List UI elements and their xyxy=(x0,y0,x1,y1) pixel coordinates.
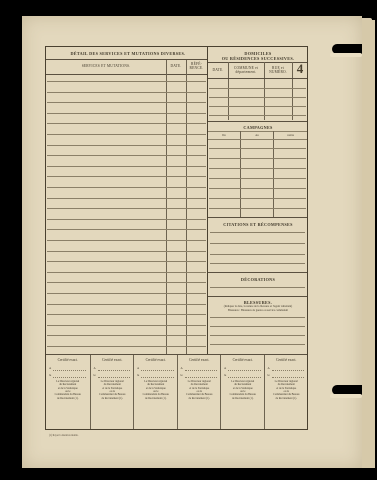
blessures-note-1: (Indiquer la date, la nature de la bless… xyxy=(208,305,308,308)
certificate-fill-line xyxy=(185,377,218,378)
ruled-line xyxy=(209,158,306,159)
ruled-line xyxy=(209,178,306,179)
ruled-line xyxy=(47,155,206,156)
ruled-line xyxy=(47,219,206,220)
ruled-line xyxy=(209,198,306,199)
ruled-line xyxy=(209,208,306,209)
certificate-le-label: le xyxy=(49,373,51,377)
ruled-line xyxy=(47,346,206,347)
certificate-signature-line: de Recrutement (1). xyxy=(91,397,135,400)
ruled-line xyxy=(47,166,206,167)
ruled-line xyxy=(47,240,206,241)
certificate-le-label: le xyxy=(181,373,183,377)
certificate-signature-line: de Recrutement (1). xyxy=(178,397,222,400)
certificate-box: Certifié exact.AleLe Directeur régionald… xyxy=(177,355,221,429)
divider xyxy=(208,296,307,297)
line xyxy=(210,232,305,233)
certificate-fill-line xyxy=(53,370,86,371)
certificate-a-label: A xyxy=(49,366,51,370)
ruled-line xyxy=(47,272,206,273)
certificate-box: Certifié exact.AleLe Directeur régionald… xyxy=(46,355,90,429)
services-title: DÉTAIL DES SERVICES ET MUTATIONS DIVERSE… xyxy=(48,51,208,56)
ruled-line xyxy=(47,282,206,283)
binding-lip-bottom xyxy=(330,394,362,398)
ruled-line xyxy=(47,102,206,103)
col-services: SERVICES ET MUTATIONS. xyxy=(48,64,164,68)
certificate-fill-line xyxy=(228,377,261,378)
certificate-signature-line: de Recrutement (1). xyxy=(265,397,309,400)
ruled-line xyxy=(209,188,306,189)
certificate-le-label: le xyxy=(137,373,139,377)
certificate-box: Certifié exact.AleLe Directeur régionald… xyxy=(133,355,177,429)
campagnes-title: CAMPAGNES xyxy=(208,125,308,130)
certificate-title: Certifié exact. xyxy=(134,358,178,362)
certificate-box: Certifié exact.AleLe Directeur régionald… xyxy=(220,355,264,429)
certificate-a-label: A xyxy=(224,366,226,370)
certificate-a-label: A xyxy=(137,366,139,370)
citations-title: CITATIONS ET RÉCOMPENSES xyxy=(208,222,308,227)
ruled-line xyxy=(47,134,206,135)
line xyxy=(210,326,305,327)
ruled-line xyxy=(47,261,206,262)
ruled-line xyxy=(47,335,206,336)
certificate-a-label: A xyxy=(181,366,183,370)
certificate-title: Certifié exact. xyxy=(221,358,265,362)
certificate-box: Certifié exact.AleLe Directeur régionald… xyxy=(90,355,134,429)
footer-imprint: (1) Rayer la mention inutile. xyxy=(49,434,78,437)
certificate-title: Certifié exact. xyxy=(91,358,135,362)
col-divider xyxy=(228,62,229,120)
ruled-line xyxy=(209,148,306,149)
ruled-line xyxy=(47,304,206,305)
divider xyxy=(208,78,307,79)
certificate-fill-line xyxy=(185,370,218,371)
ruled-line xyxy=(209,168,306,169)
certificate-le-label: le xyxy=(94,373,96,377)
line xyxy=(210,263,305,264)
col-divider xyxy=(292,62,293,120)
col-divider xyxy=(240,131,241,217)
line xyxy=(210,243,305,244)
ruled-line xyxy=(47,325,206,326)
col-rue: RUE et NUMÉRO. xyxy=(265,66,291,74)
certificate-fill-line xyxy=(98,377,131,378)
line xyxy=(210,317,305,318)
divider xyxy=(208,217,307,218)
ruled-line xyxy=(47,123,206,124)
ruled-line xyxy=(47,92,206,93)
certificate-signature-line: de Recrutement (1). xyxy=(221,397,265,400)
line xyxy=(210,335,305,336)
certificate-fill-line xyxy=(272,370,305,371)
col-au: Au xyxy=(241,134,273,137)
ruled-line xyxy=(47,145,206,146)
certificate-title: Certifié exact. xyxy=(265,358,309,362)
certificate-fill-line xyxy=(272,377,305,378)
ruled-line xyxy=(47,229,206,230)
divider xyxy=(46,74,207,75)
col-reference: RÉFÉ-RENCE. xyxy=(187,62,206,70)
certificate-fill-line xyxy=(228,370,261,371)
binding-lip-top xyxy=(330,53,362,57)
ruled-line xyxy=(47,81,206,82)
blessures-note-2: Blessures : Blessures de guerre ou servi… xyxy=(208,309,308,312)
certificate-title: Certifié exact. xyxy=(178,358,222,362)
ruled-line xyxy=(47,208,206,209)
ruled-line xyxy=(47,113,206,114)
ruled-line xyxy=(47,176,206,177)
col-divider xyxy=(264,62,265,120)
ruled-line xyxy=(209,97,306,98)
line xyxy=(210,254,305,255)
col-divider xyxy=(186,60,187,354)
decorations-title: DÉCORATIONS xyxy=(208,277,308,282)
ruled-line xyxy=(47,251,206,252)
col-contre: contre xyxy=(274,134,307,137)
ruled-line xyxy=(47,198,206,199)
ruled-line xyxy=(209,106,306,107)
col-dom-date: DATE. xyxy=(208,68,228,72)
col-divider xyxy=(273,131,274,217)
col-divider xyxy=(166,60,167,354)
col-date: DATE. xyxy=(167,64,185,68)
certificate-signature-line: de Recrutement (1). xyxy=(134,397,178,400)
certificate-le-label: le xyxy=(224,373,226,377)
divider xyxy=(208,131,307,132)
col-du: Du xyxy=(208,134,240,137)
certificate-fill-line xyxy=(141,377,174,378)
certificate-le-label: le xyxy=(268,373,270,377)
certificate-fill-line xyxy=(141,370,174,371)
certificate-title: Certifié exact. xyxy=(46,358,90,362)
certificate-a-label: A xyxy=(94,366,96,370)
divider xyxy=(208,121,307,122)
divider xyxy=(208,139,307,140)
certificate-fill-line xyxy=(98,370,131,371)
ruled-line xyxy=(209,88,306,89)
margin-number: 4 xyxy=(293,61,307,77)
ruled-line xyxy=(47,293,206,294)
divider xyxy=(46,59,207,60)
ruled-line xyxy=(209,115,306,116)
certificate-a-label: A xyxy=(268,366,270,370)
certificate-signature-line: de Recrutement (1). xyxy=(46,397,90,400)
ruled-line xyxy=(47,314,206,315)
divider xyxy=(208,272,307,273)
certificate-fill-line xyxy=(53,377,86,378)
line xyxy=(210,287,305,288)
ruled-line xyxy=(47,187,206,188)
certificate-box: Certifié exact.AleLe Directeur régionald… xyxy=(264,355,308,429)
col-commune: COMMUNE et département. xyxy=(229,66,263,74)
line xyxy=(210,344,305,345)
